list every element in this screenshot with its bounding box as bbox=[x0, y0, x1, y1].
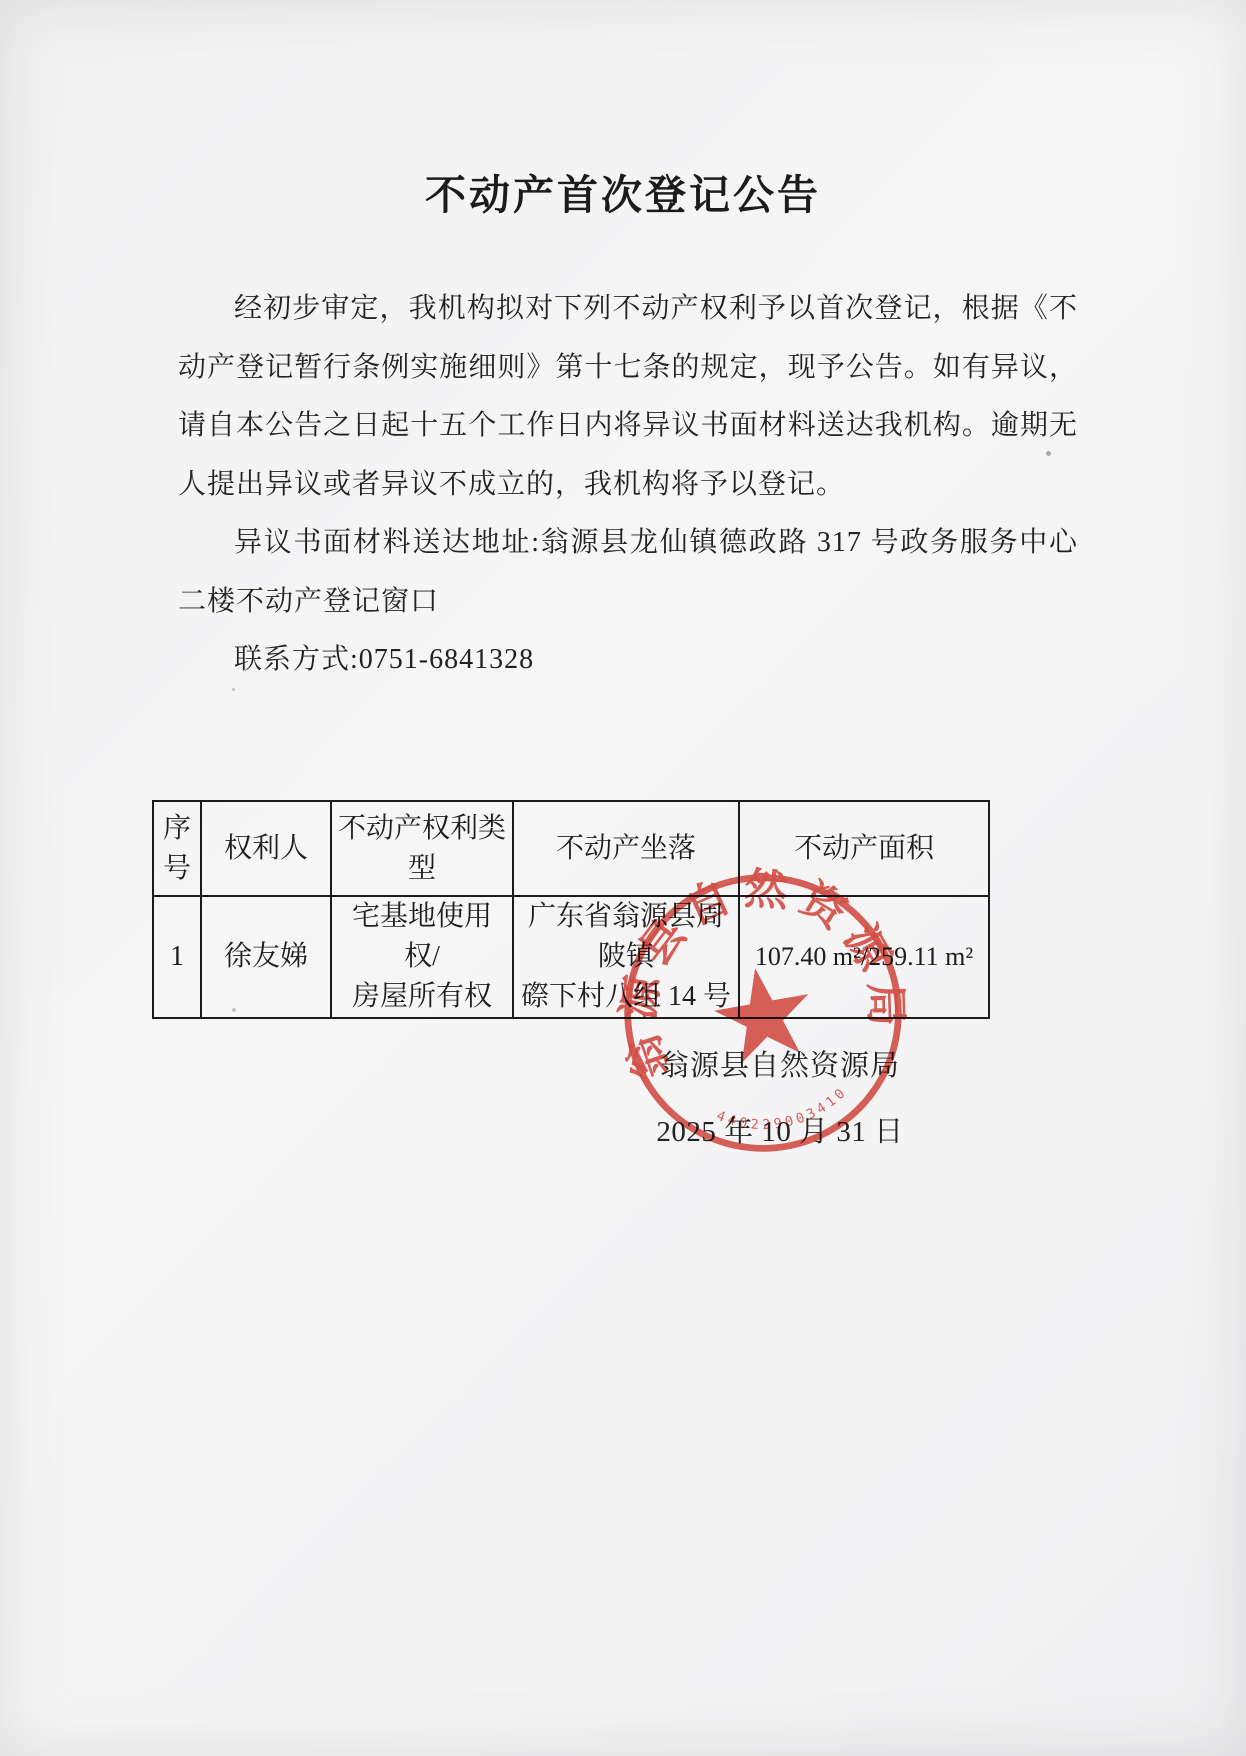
registration-table: 序号 权利人 不动产权利类型 不动产坐落 不动产面积 1 徐友娣 宅基地使用权/… bbox=[152, 800, 990, 1019]
table-row: 1 徐友娣 宅基地使用权/ 房屋所有权 广东省翁源县周陂镇 磜下村八组 14 号… bbox=[153, 896, 989, 1018]
header-seq: 序号 bbox=[153, 801, 201, 896]
cell-location: 广东省翁源县周陂镇 磜下村八组 14 号 bbox=[513, 896, 739, 1018]
table-header-row: 序号 权利人 不动产权利类型 不动产坐落 不动产面积 bbox=[153, 801, 989, 896]
location-line-1: 广东省翁源县周陂镇 bbox=[528, 901, 724, 972]
right-type-line-1: 宅基地使用权/ bbox=[352, 901, 492, 972]
body-paragraph-3: 联系方式:0751-6841328 bbox=[178, 631, 1078, 690]
cell-holder: 徐友娣 bbox=[201, 896, 331, 1018]
issuing-agency: 翁源县自然资源局 bbox=[635, 1052, 925, 1081]
header-area: 不动产面积 bbox=[739, 801, 989, 896]
scan-speck bbox=[232, 1008, 236, 1012]
cell-area: 107.40 m²/259.11 m² bbox=[739, 896, 989, 1018]
header-holder: 权利人 bbox=[201, 801, 331, 896]
scan-speck bbox=[1046, 451, 1051, 456]
scanned-document-page: 不动产首次登记公告 经初步审定，我机构拟对下列不动产权利予以首次登记，根据《不动… bbox=[0, 0, 1246, 1756]
document-title: 不动产首次登记公告 bbox=[0, 162, 1246, 221]
header-right-type: 不动产权利类型 bbox=[331, 801, 513, 896]
body-paragraph-2: 异议书面材料送达地址:翁源县龙仙镇德政路 317 号政务服务中心二楼不动产登记窗… bbox=[178, 514, 1078, 631]
cell-right-type: 宅基地使用权/ 房屋所有权 bbox=[331, 896, 513, 1018]
header-location: 不动产坐落 bbox=[513, 801, 739, 896]
body-paragraph-1: 经初步审定，我机构拟对下列不动产权利予以首次登记，根据《不动产登记暂行条例实施细… bbox=[178, 280, 1078, 514]
location-line-2: 磜下村八组 14 号 bbox=[521, 981, 731, 1012]
cell-seq: 1 bbox=[153, 896, 201, 1018]
issue-date: 2025 年 10 月 31 日 bbox=[635, 1118, 925, 1147]
scan-speck bbox=[232, 688, 235, 691]
signature-block: 翁源县自然资源局 2025 年 10 月 31 日 bbox=[635, 1052, 925, 1147]
document-body: 经初步审定，我机构拟对下列不动产权利予以首次登记，根据《不动产登记暂行条例实施细… bbox=[178, 280, 1078, 690]
right-type-line-2: 房屋所有权 bbox=[352, 981, 492, 1012]
